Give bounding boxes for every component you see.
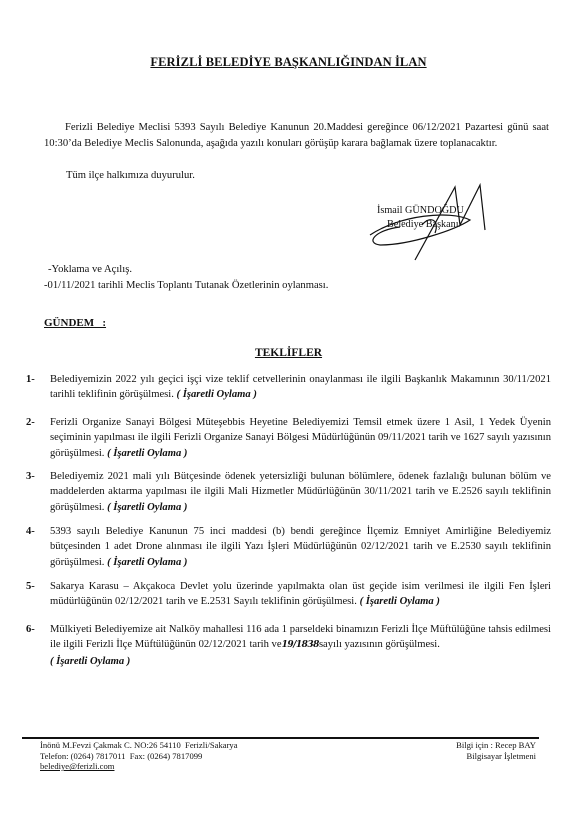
contact-person: Bilgi için : Recep BAY bbox=[440, 740, 536, 751]
agenda-item: 5- Sakarya Karasu – Akçakoca Devlet yolu… bbox=[26, 579, 551, 610]
proposals-heading: TEKLİFLER bbox=[0, 347, 577, 359]
vote-label: ( İşaretli Oylama ) bbox=[107, 448, 187, 459]
email-link[interactable]: belediye@ferizli.com bbox=[40, 761, 238, 772]
document-title: FERİZLİ BELEDİYE BAŞKANLIĞINDAN İLAN bbox=[0, 55, 577, 70]
item-number: 6- bbox=[26, 622, 35, 637]
item-number: 1- bbox=[26, 372, 35, 387]
preliminary-item: -Yoklama ve Açılış. bbox=[48, 264, 132, 275]
vote-label: ( İşaretli Oylama ) bbox=[107, 502, 187, 513]
item-text: Sakarya Karasu – Akçakoca Devlet yolu üz… bbox=[50, 581, 551, 607]
contact-role: Bilgisayar İşletmeni bbox=[440, 751, 536, 762]
footer-info: Bilgi için : Recep BAY Bilgisayar İşletm… bbox=[440, 740, 536, 761]
vote-label: ( İşaretli Oylama ) bbox=[50, 656, 130, 667]
agenda-item: 6- Mülkiyeti Belediyemize ait Nalköy mah… bbox=[26, 622, 551, 669]
footer-contact: İnönü M.Fevzi Çakmak C. NO:26 54110 Feri… bbox=[40, 740, 238, 772]
item-text: Belediyemizin 2022 yılı geçici işçi vize… bbox=[50, 374, 551, 400]
agenda-item: 3- Belediyemiz 2021 mali yılı Bütçesinde… bbox=[26, 469, 551, 515]
item-text: sayılı yazısının görüşülmesi. bbox=[319, 639, 440, 650]
agenda-label: GÜNDEM : bbox=[44, 317, 106, 329]
item-number: 2- bbox=[26, 415, 35, 430]
agenda-item: 4- 5393 sayılı Belediye Kanunun 75 inci … bbox=[26, 524, 551, 570]
vote-label: ( İşaretli Oylama ) bbox=[107, 557, 187, 568]
address: İnönü M.Fevzi Çakmak C. NO:26 54110 Feri… bbox=[40, 740, 238, 751]
intro-text: Ferizli Belediye Meclisi 5393 Sayılı Bel… bbox=[44, 120, 549, 152]
agenda-item: 2- Ferizli Organize Sanayi Bölgesi Müteş… bbox=[26, 415, 551, 461]
handwritten-number: 19/1838 bbox=[282, 640, 319, 650]
preliminary-item: -01/11/2021 tarihli Meclis Toplantı Tuta… bbox=[44, 280, 328, 291]
item-number: 3- bbox=[26, 469, 35, 484]
item-number: 5- bbox=[26, 579, 35, 594]
agenda-item: 1- Belediyemizin 2022 yılı geçici işçi v… bbox=[26, 372, 551, 403]
vote-label: ( İşaretli Oylama ) bbox=[360, 596, 440, 607]
vote-label: ( İşaretli Oylama ) bbox=[177, 389, 257, 400]
item-number: 4- bbox=[26, 524, 35, 539]
footer-divider bbox=[22, 737, 539, 739]
phone-fax: Telefon: (0264) 7817011 Fax: (0264) 7817… bbox=[40, 751, 238, 762]
signer-title: Belediye Başkanı bbox=[387, 219, 459, 230]
intro-paragraph: Ferizli Belediye Meclisi 5393 Sayılı Bel… bbox=[44, 120, 549, 152]
signer-name: İsmail GÜNDOĞDU bbox=[377, 205, 464, 216]
